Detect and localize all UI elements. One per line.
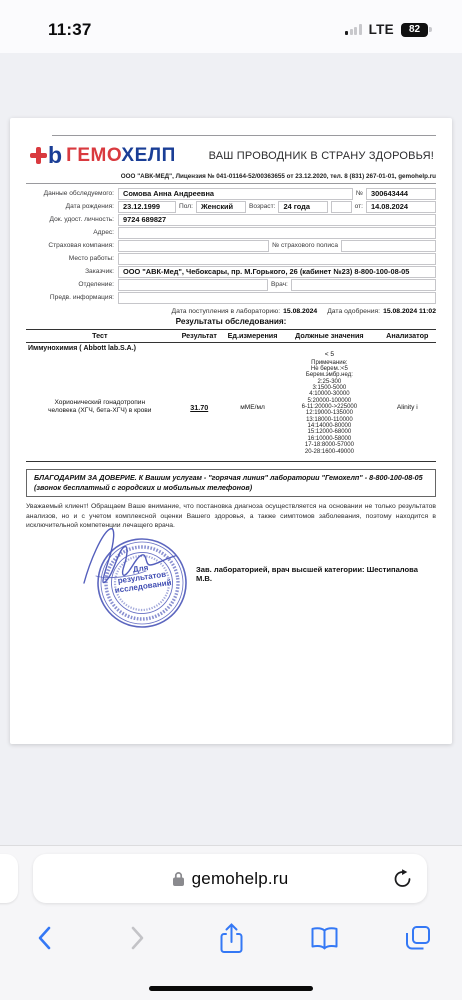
signature-area: Для результатов исследований Зав. лабора…: [26, 535, 436, 645]
share-button[interactable]: [209, 916, 253, 960]
results-title: Результаты обследования:: [26, 317, 436, 326]
status-bar: 11:37 LTE 82: [0, 0, 462, 53]
lab-report-document: b ГЕМОХЕЛП ВАШ ПРОВОДНИК В СТРАНУ ЗДОРОВ…: [10, 118, 452, 744]
form-row-department: Отделение: Врач:: [26, 279, 436, 291]
clock: 11:37: [48, 20, 92, 40]
iphone-screen: 11:37 LTE 82 b ГЕМОХЕЛП ВАШ ПРОВОДНИК В …: [0, 0, 462, 1000]
results-table-bottom-rule: [26, 461, 436, 462]
address-field: [118, 227, 436, 239]
back-button[interactable]: [22, 916, 66, 960]
signed-by-line: Зав. лабораторией, врач высшей категории…: [196, 565, 436, 583]
section-reference: < 5: [280, 345, 378, 358]
red-cross-icon: [30, 147, 47, 164]
insurance-field: [118, 240, 269, 252]
web-content-area: b ГЕМОХЕЛП ВАШ ПРОВОДНИК В СТРАНУ ЗДОРОВ…: [0, 53, 462, 845]
lock-icon: [172, 871, 185, 887]
reload-button[interactable]: [390, 867, 414, 891]
lab-dates-line: Дата поступления в лабораторию:15.08.202…: [26, 308, 436, 315]
birth-date-field: 23.12.1999: [118, 201, 176, 213]
work-field: [118, 253, 436, 265]
prelim-field: [118, 292, 436, 304]
policy-field: [341, 240, 436, 252]
test-result: 31.70: [174, 403, 225, 412]
cellular-signal-icon: [345, 24, 362, 35]
address-bar[interactable]: gemohelp.ru: [33, 854, 427, 903]
safari-bottom-bar: gemohelp.ru: [0, 845, 462, 1000]
test-name: Хорионический гонадотропин человека (ХГЧ…: [26, 399, 174, 415]
department-field: [118, 279, 268, 291]
header-top-rule: [52, 135, 436, 136]
test-analyzer: Alinity i: [379, 404, 436, 411]
previous-tab-peek[interactable]: [0, 854, 18, 903]
patient-form: Данные обследуемого: Сомова Анна Андреев…: [26, 188, 436, 304]
bookmarks-button[interactable]: [303, 916, 347, 960]
test-reference-values: Примечание: Не берем.:<5 Берем.эмбр.нед:…: [280, 360, 378, 455]
test-unit: мМЕ/мл: [225, 404, 280, 411]
id-doc-field: 9724 689827: [118, 214, 436, 226]
logo-wordmark: ГЕМОХЕЛП: [66, 146, 176, 165]
form-row-id-doc: Док. удост. личность: 9724 689827: [26, 214, 436, 226]
results-table-header: Тест Результат Ед.измерения Должные знач…: [26, 329, 436, 343]
brand-tagline: ВАШ ПРОВОДНИК В СТРАНУ ЗДОРОВЬЯ!: [209, 150, 434, 162]
patient-name-field: Сомова Анна Андреевна: [118, 188, 353, 200]
age-field: 24 года: [278, 201, 328, 213]
form-row-address: Адрес:: [26, 227, 436, 239]
document-header: b ГЕМОХЕЛП ВАШ ПРОВОДНИК В СТРАНУ ЗДОРОВ…: [26, 142, 436, 171]
customer-field: ООО "АВК-Мед", Чебоксары, пр. М.Горького…: [118, 266, 436, 278]
form-row-birth: Дата рождения: 23.12.1999 Пол: Женский В…: [26, 201, 436, 213]
header-bottom-rule: [26, 183, 436, 184]
order-date-field: 14.08.2024: [366, 201, 436, 213]
form-row-work: Место работы:: [26, 253, 436, 265]
order-number-field: 300643444: [366, 188, 436, 200]
handwritten-signature: [76, 521, 196, 611]
battery-icon: 82: [401, 23, 428, 37]
received-date: Дата поступления в лабораторию:15.08.202…: [172, 308, 318, 315]
result-row-hcg: Хорионический гонадотропин человека (ХГЧ…: [26, 358, 436, 459]
forward-button[interactable]: [116, 916, 160, 960]
approved-date: Дата одобрения:15.08.2024 11:02: [327, 308, 436, 315]
results-section-row: Иммунохимия ( Abbott lab.S.A.) < 5: [26, 345, 436, 358]
safari-toolbar: [0, 912, 462, 964]
form-row-name: Данные обследуемого: Сомова Анна Андреев…: [26, 188, 436, 200]
home-indicator[interactable]: [149, 986, 313, 991]
network-type-label: LTE: [369, 22, 394, 37]
section-name: Иммунохимия ( Abbott lab.S.A.): [26, 345, 280, 358]
gemohelp-logo: b ГЕМОХЕЛП: [30, 144, 176, 167]
license-line: ООО "АВК-МЕД", Лицензия № 041-01164-52/0…: [26, 173, 436, 180]
thanks-box: БЛАГОДАРИМ ЗА ДОВЕРИЕ. К Вашим услугам -…: [26, 469, 436, 497]
empty-field: [331, 201, 351, 213]
logo-b-glyph: b: [48, 144, 62, 167]
battery-percent: 82: [409, 24, 420, 35]
sex-field: Женский: [196, 201, 246, 213]
url-text: gemohelp.ru: [192, 869, 289, 889]
doctor-field: [291, 279, 436, 291]
form-row-customer: Заказчик: ООО "АВК-Мед", Чебоксары, пр. …: [26, 266, 436, 278]
form-row-insurance: Страховая компания: № страхового полиса: [26, 240, 436, 252]
form-row-prelim: Предв. информация:: [26, 292, 436, 304]
tabs-button[interactable]: [396, 916, 440, 960]
